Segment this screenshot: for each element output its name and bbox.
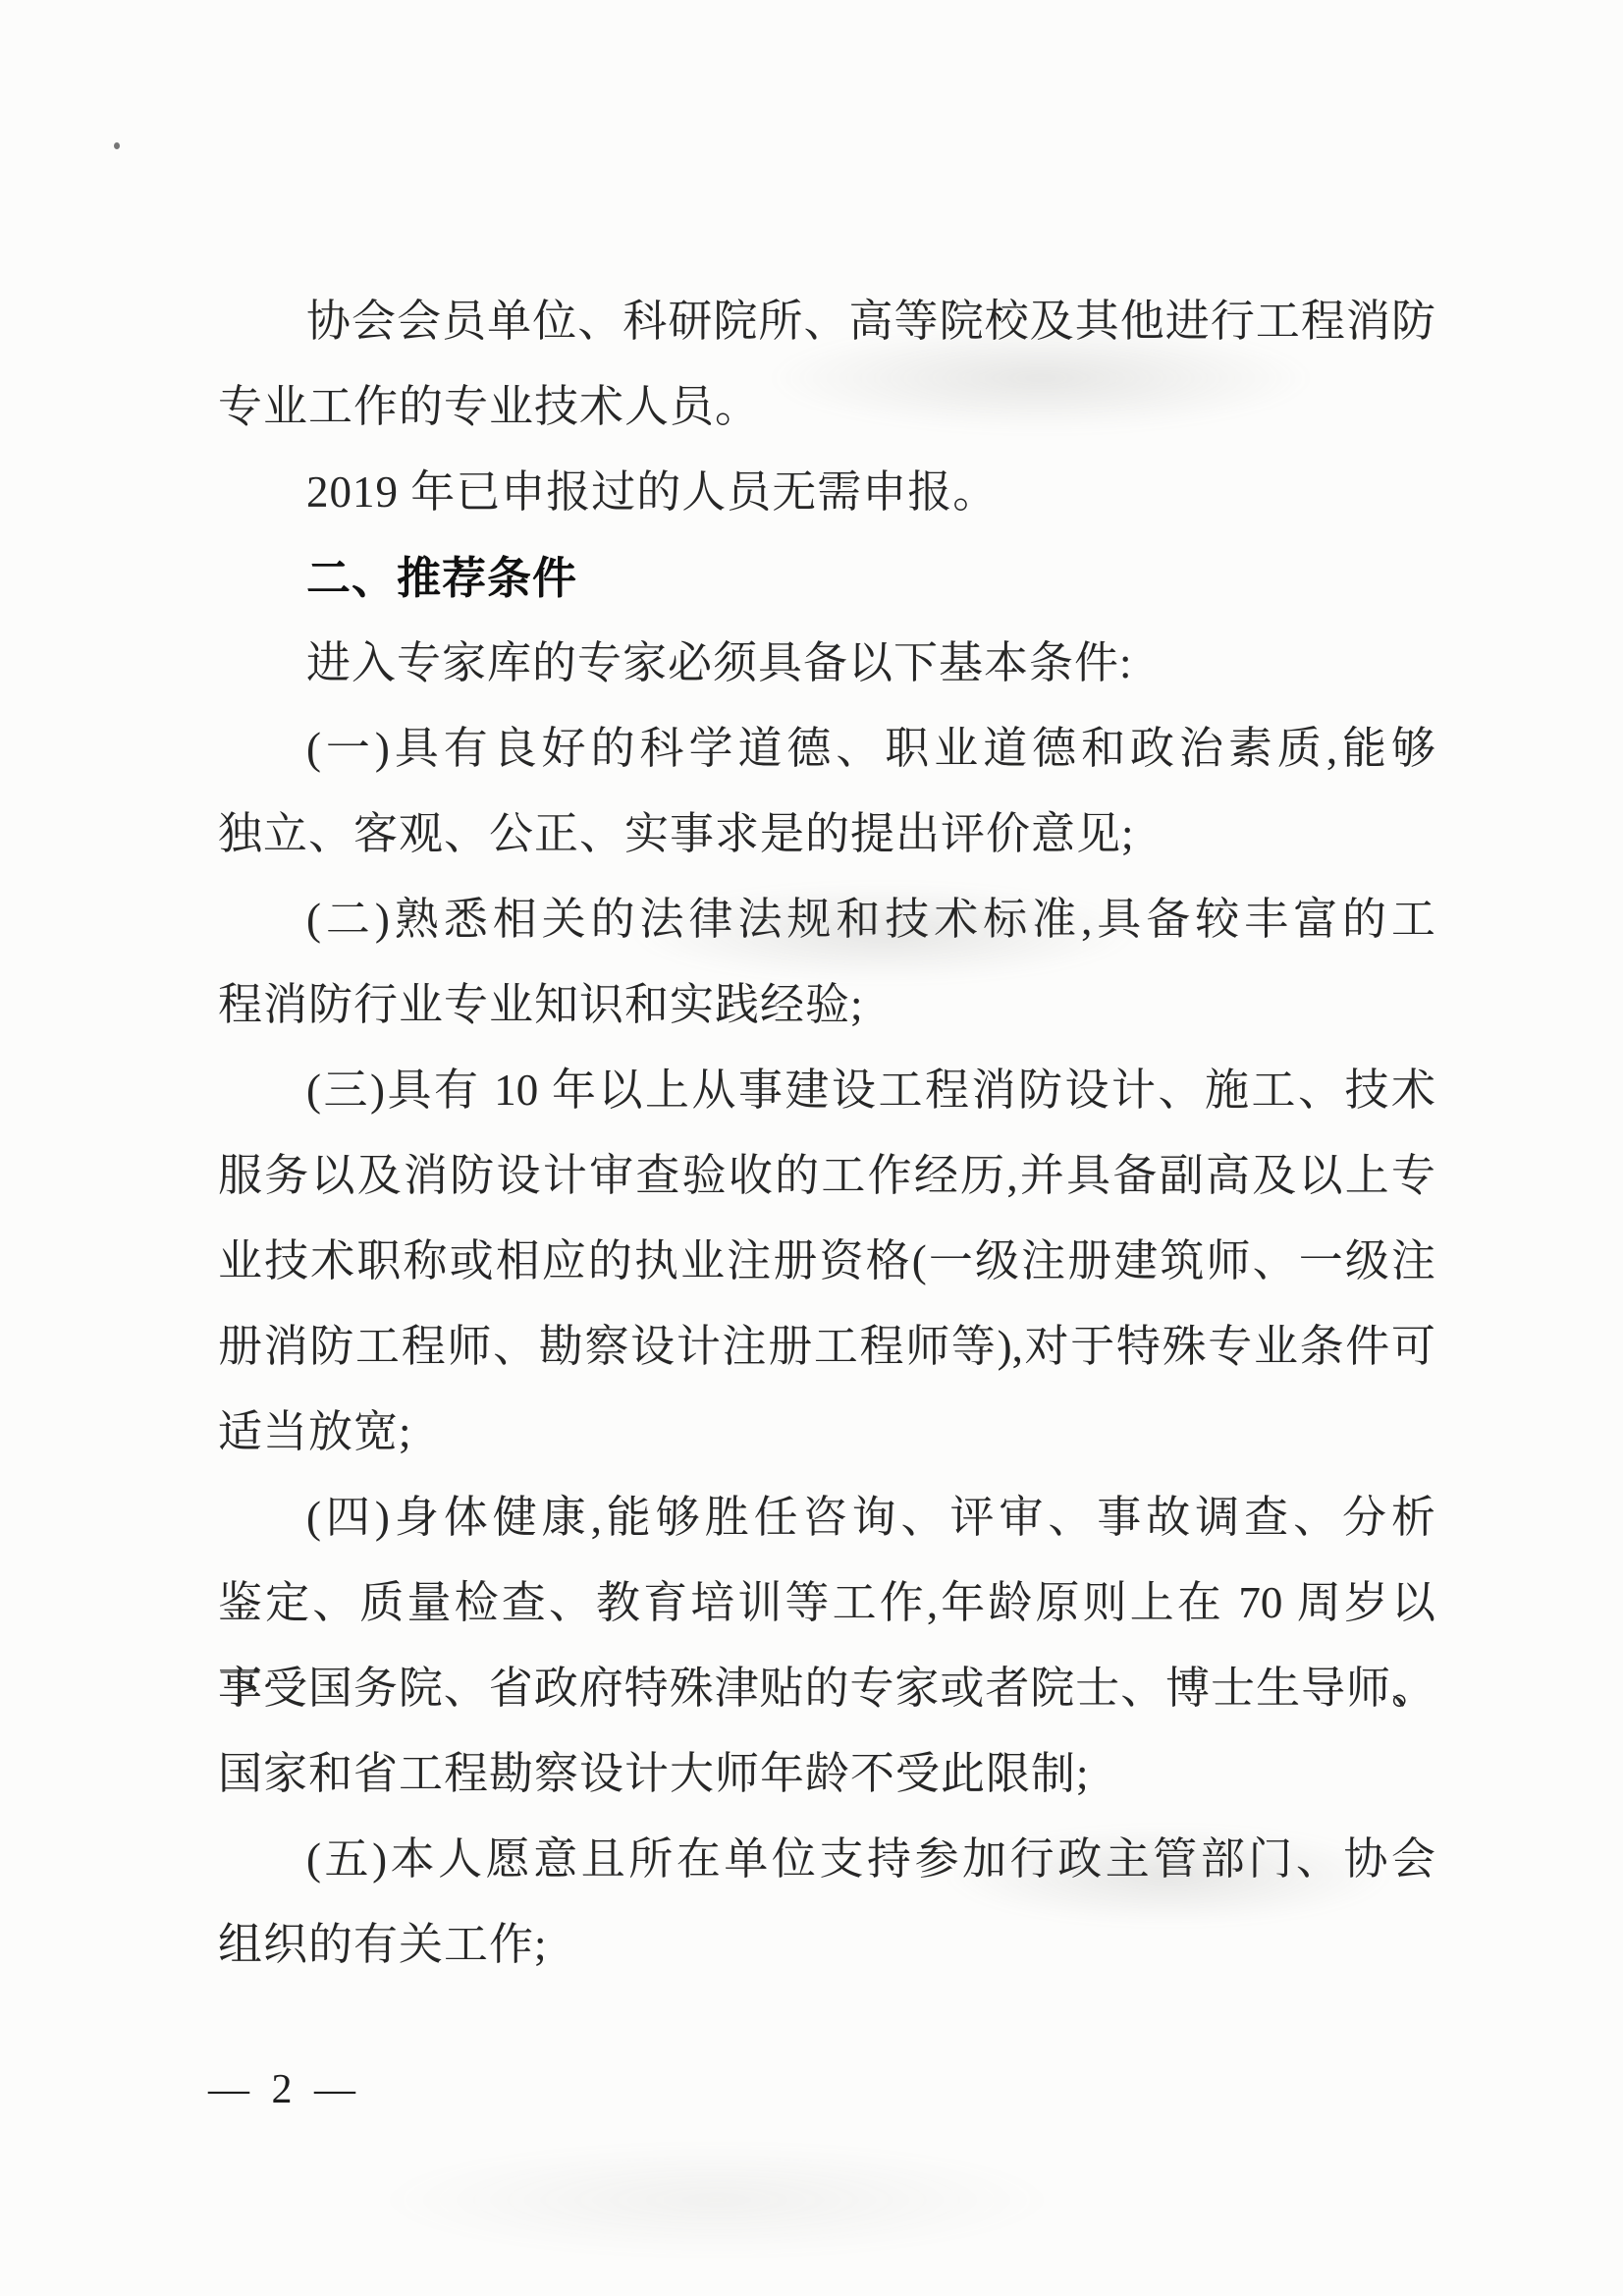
text-line: 鉴定、质量检查、教育培训等工作,年龄原则上在 70 周岁以下。 (218, 1560, 1435, 1646)
page-number: — 2 — (208, 2060, 361, 2119)
text-line: 协会会员单位、科研院所、高等院校及其他进行工程消防 (218, 279, 1435, 364)
scanned-document-page: 协会会员单位、科研院所、高等院校及其他进行工程消防 专业工作的专业技术人员。 2… (0, 0, 1623, 2296)
text-line: (四)身体健康,能够胜任咨询、评审、事故调查、分析 (218, 1475, 1435, 1560)
text-line: 程消防行业专业知识和实践经验; (218, 962, 1435, 1048)
text-line: 享受国务院、省政府特殊津贴的专家或者院士、博士生导师、 (218, 1646, 1435, 1731)
text-line: 独立、客观、公正、实事求是的提出评价意见; (218, 792, 1435, 877)
text-line: (三)具有 10 年以上从事建设工程消防设计、施工、技术 (218, 1048, 1435, 1133)
text-line: 适当放宽; (218, 1390, 1435, 1475)
document-body: 协会会员单位、科研院所、高等院校及其他进行工程消防 专业工作的专业技术人员。 2… (218, 279, 1435, 1988)
text-line: 服务以及消防设计审查验收的工作经历,并具备副高及以上专 (218, 1133, 1435, 1219)
text-line: 2019 年已申报过的人员无需申报。 (218, 450, 1435, 535)
text-line: 国家和省工程勘察设计大师年龄不受此限制; (218, 1731, 1435, 1817)
text-line: 册消防工程师、勘察设计注册工程师等),对于特殊专业条件可 (218, 1304, 1435, 1390)
text-line: 组织的有关工作; (218, 1902, 1435, 1988)
section-heading: 二、推荐条件 (218, 535, 1435, 621)
text-line: 专业工作的专业技术人员。 (218, 364, 1435, 450)
text-line: (五)本人愿意且所在单位支持参加行政主管部门、协会 (218, 1817, 1435, 1902)
text-line: 业技术职称或相应的执业注册资格(一级注册建筑师、一级注 (218, 1219, 1435, 1304)
scan-speck-artifact (114, 142, 120, 149)
text-line: (一)具有良好的科学道德、职业道德和政治素质,能够 (218, 706, 1435, 792)
text-line: (二)熟悉相关的法律法规和技术标准,具备较丰富的工 (218, 877, 1435, 962)
scan-smudge (373, 2141, 1060, 2259)
text-line: 进入专家库的专家必须具备以下基本条件: (218, 621, 1435, 706)
